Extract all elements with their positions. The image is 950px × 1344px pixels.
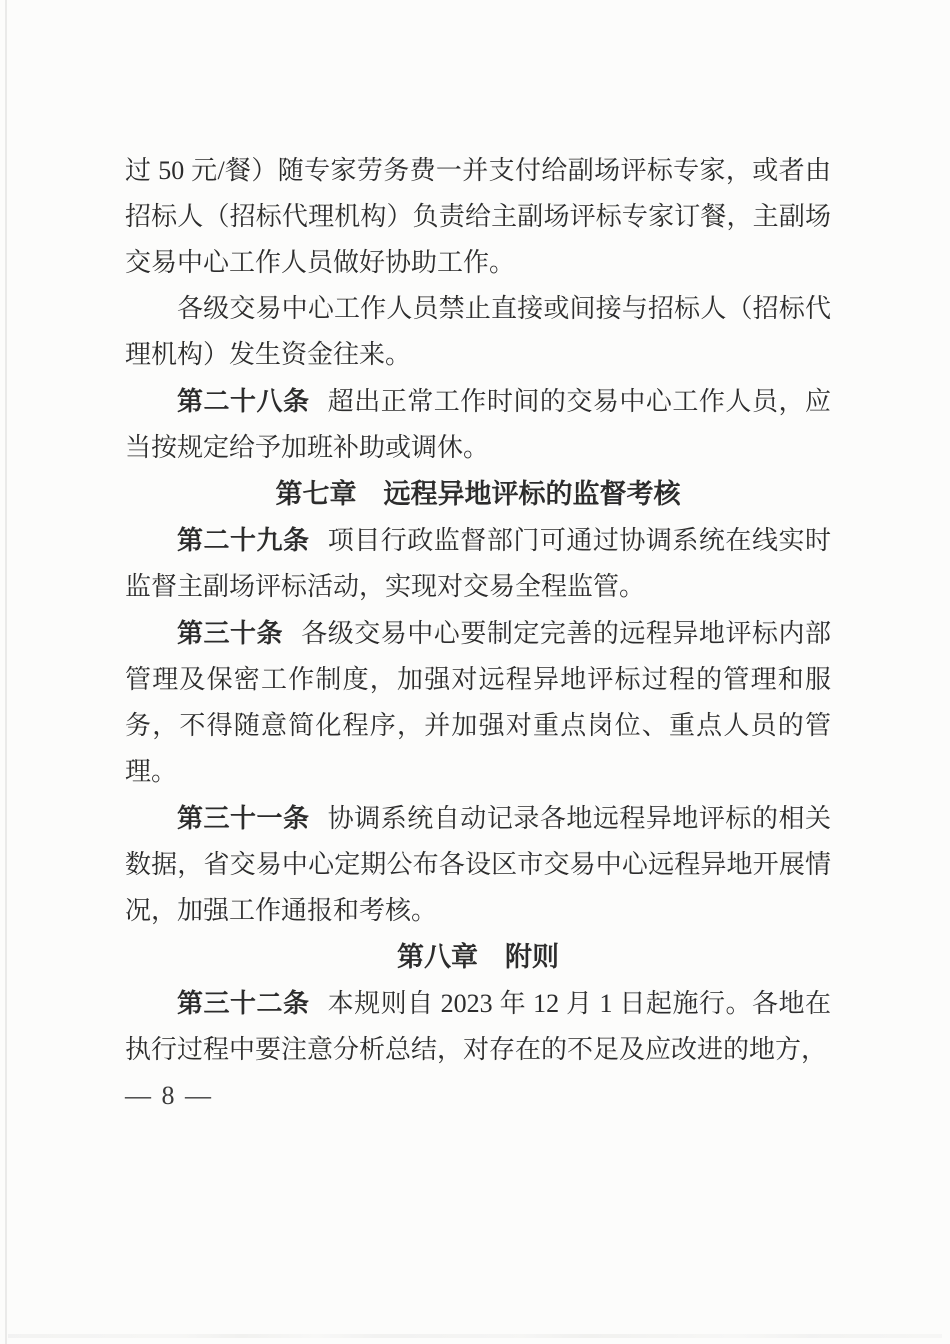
- paragraph-funds-prohibition: 各级交易中心工作人员禁止直接或间接与招标人（招标代理机构）发生资金往来。: [125, 286, 831, 378]
- chapter-7-label: 第七章: [276, 479, 357, 509]
- paragraph-article-32: 第三十二条本规则自 2023 年 12 月 1 日起施行。各地在执行过程中要注意…: [125, 980, 831, 1073]
- article-28-number: 第二十八条: [177, 386, 310, 416]
- paragraph-article-30: 第三十条各级交易中心要制定完善的远程异地评标内部管理及保密工作制度，加强对远程异…: [125, 610, 831, 795]
- article-30-number: 第三十条: [177, 618, 283, 648]
- chapter-8-label: 第八章: [397, 942, 478, 972]
- chapter-8-heading: 第八章附则: [125, 934, 831, 980]
- article-29-number: 第二十九条: [177, 525, 310, 555]
- paragraph-article-28: 第二十八条超出正常工作时间的交易中心工作人员，应当按规定给予加班补助或调休。: [125, 378, 831, 471]
- scan-edge-left: [5, 0, 7, 1344]
- chapter-7-title: 远程异地评标的监督考核: [384, 479, 681, 509]
- document-page-content: 过 50 元/餐）随专家劳务费一并支付给副场评标专家，或者由招标人（招标代理机构…: [125, 148, 831, 1119]
- article-31-number: 第三十一条: [177, 803, 310, 833]
- page-number: — 8 —: [125, 1073, 831, 1119]
- article-32-number: 第三十二条: [177, 988, 309, 1018]
- paragraph-meal-fee-continued: 过 50 元/餐）随专家劳务费一并支付给副场评标专家，或者由招标人（招标代理机构…: [125, 148, 831, 286]
- scan-edge-bottom: [8, 1334, 942, 1338]
- chapter-7-heading: 第七章远程异地评标的监督考核: [125, 471, 831, 517]
- paragraph-article-29: 第二十九条项目行政监督部门可通过协调系统在线实时监督主副场评标活动，实现对交易全…: [125, 517, 831, 610]
- paragraph-article-31: 第三十一条协调系统自动记录各地远程异地评标的相关数据，省交易中心定期公布各设区市…: [125, 795, 831, 934]
- chapter-8-title: 附则: [505, 942, 559, 972]
